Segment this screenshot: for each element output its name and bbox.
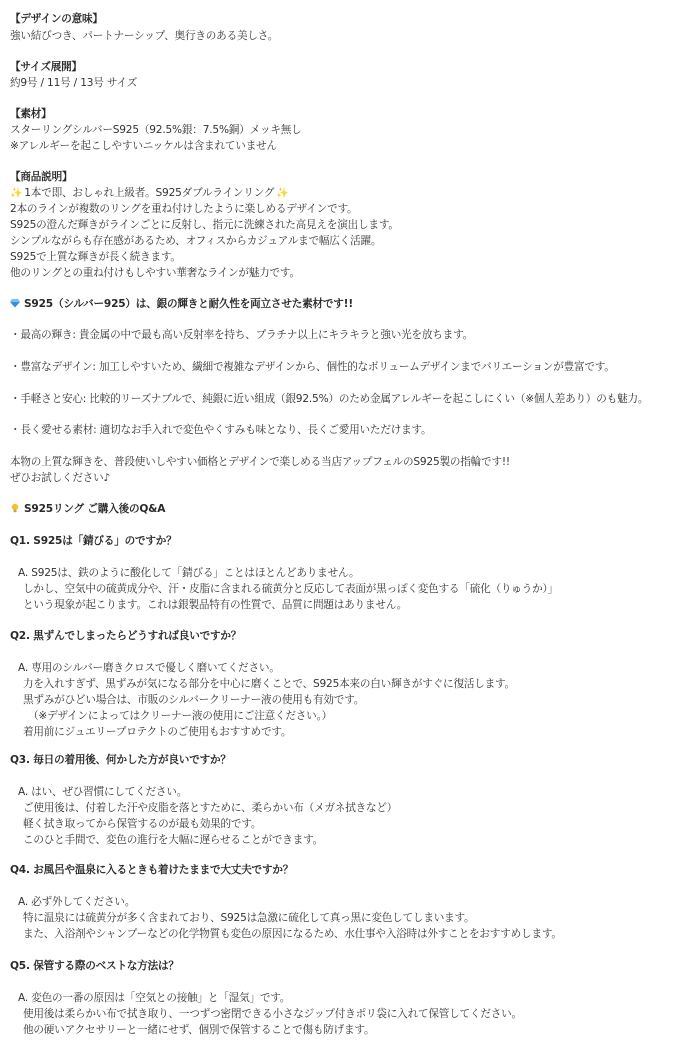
- qa-answer: 軽く拭き取ってから保管するのが最も効果的です。: [23, 816, 261, 832]
- design-meaning-heading: 【デザインの意味】: [10, 11, 103, 27]
- qa-answer: A. 必ず外してください。: [18, 894, 135, 910]
- qa-answer: という現象が起こります。これは銀製品特有の性質で、品質に問題はありません。: [23, 597, 407, 613]
- qa-answer: A. S925は、鉄のように酸化して「錆びる」ことはほとんどありません。: [18, 565, 359, 581]
- sparkle-icon: ✨: [10, 188, 22, 199]
- description-line: S925で上質な輝きが長く続きます。: [10, 249, 181, 265]
- sizes-text: 約9号 / 11号 / 13号 サイズ: [10, 75, 137, 91]
- material-line: ※アレルギーを起こしやすいニッケルは含まれていません: [10, 138, 277, 154]
- qa-heading-text: S925リング ご購入後のQ&A: [24, 503, 165, 515]
- qa-answer: 特に温泉には硫黄分が多く含まれており、S925は急激に硫化して真っ黒に変色してし…: [23, 910, 474, 926]
- qa-answer: 他の硬いアクセサリーと一緒にせず、個別で保管することで傷も防げます。: [23, 1022, 374, 1038]
- qa-answer: A. 専用のシルバー磨きクロスで優しく磨いてください。: [18, 660, 280, 676]
- qa-answer: ご使用後は、付着した汗や皮脂を落とすために、柔らかい布（メガネ拭きなど）: [23, 800, 397, 816]
- description-line: 2本のラインが複数のリングを重ね付けしたように楽しめるデザインです。: [10, 201, 357, 217]
- qa-question: Q4. お風呂や温泉に入るときも着けたままで大丈夫ですか？: [10, 862, 293, 878]
- gem-icon: [10, 298, 20, 308]
- design-meaning-text: 強い結びつき、パートナーシップ、奥行きのある美しさ。: [10, 28, 278, 44]
- material-heading: 【素材】: [10, 106, 52, 122]
- qa-answer: 着用前にジュエリープロテクトのご使用もおすすめです。: [23, 724, 291, 740]
- s925-point: ・長く愛せる素材: 適切なお手入れで変色やくすみも味となり、長くご愛用いただけま…: [10, 422, 431, 438]
- s925-closing: ぜひお試しください♪: [10, 470, 110, 486]
- qa-question: Q1. S925は「錆びる」のですか？: [10, 533, 177, 549]
- qa-answer: A. はい、ぜひ習慣にしてください。: [18, 784, 187, 800]
- s925-closing: 本物の上質な輝きを、普段使いしやすい価格とデザインで楽しめる当店アップフェルのS…: [10, 454, 510, 470]
- s925-heading: S925（シルバー925）は、銀の輝きと耐久性を両立させた素材です!!: [10, 296, 353, 312]
- sizes-heading: 【サイズ展開】: [10, 59, 82, 75]
- qa-question: Q2. 黒ずんでしまったらどうすれば良いですか？: [10, 628, 241, 644]
- qa-answer: （※デザインによってはクリーナー液の使用にご注意ください。）: [28, 708, 332, 724]
- lightbulb-icon: [10, 503, 20, 513]
- qa-answer: また、入浴剤やシャンプーなどの化学物質も変色の原因になるため、水仕事や入浴時は外…: [23, 926, 562, 942]
- description-line: S925の澄んだ輝きがラインごとに反射し、指元に洗練された高見えを演出します。: [10, 217, 399, 233]
- qa-answer: しかし、空気中の硫黄成分や、汗・皮脂に含まれる硫黄分と反応して表面が黒っぽく変色…: [23, 581, 558, 597]
- qa-answer: A. 変色の一番の原因は「空気との接触」と「湿気」です。: [18, 990, 290, 1006]
- sparkle-icon: ✨: [276, 188, 288, 199]
- description-heading: 【商品説明】: [10, 169, 72, 185]
- material-line: スターリングシルバーS925（92.5%銀：7.5%銅）メッキ無し: [10, 122, 302, 138]
- qa-answer: このひと手間で、変色の進行を大幅に遅らせることができます。: [23, 832, 323, 848]
- s925-point: ・最高の輝き: 貴金属の中で最も高い反射率を持ち、プラチナ以上にキラキラと強い光…: [10, 327, 473, 343]
- s925-point: ・豊富なデザイン: 加工しやすいため、繊細で複雑なデザインから、個性的なボリュー…: [10, 359, 615, 375]
- qa-answer: 黒ずみがひどい場合は、市販のシルバークリーナー液の使用も有効です。: [23, 692, 364, 708]
- qa-question: Q3. 毎日の着用後、何かした方が良いですか？: [10, 752, 231, 768]
- qa-question: Q5. 保管する際のベストな方法は？: [10, 958, 179, 974]
- description-catch: ✨1本で即、おしゃれ上級者。S925ダブルラインリング✨: [10, 185, 289, 202]
- qa-answer: 力を入れすぎず、黒ずみが気になる部分を中心に磨くことで、S925本来の白い輝きが…: [23, 676, 515, 692]
- description-catch-text: 1本で即、おしゃれ上級者。S925ダブルラインリング: [24, 187, 274, 199]
- product-description-page: 【デザインの意味】 強い結びつき、パートナーシップ、奥行きのある美しさ。 【サイ…: [0, 0, 676, 1054]
- qa-answer: 使用後は柔らかい布で拭き取り、一つずつ密閉できる小さなジップ付きポリ袋に入れて保…: [23, 1006, 522, 1022]
- s925-heading-text: S925（シルバー925）は、銀の輝きと耐久性を両立させた素材です!!: [24, 298, 353, 310]
- qa-heading: S925リング ご購入後のQ&A: [10, 501, 165, 517]
- s925-point: ・手軽さと安心: 比較的リーズナブルで、純銀に近い組成（銀92.5%）のため金属…: [10, 391, 648, 407]
- description-line: 他のリングとの重ね付けもしやすい華奢なラインが魅力です。: [10, 265, 300, 281]
- description-line: シンプルながらも存在感があるため、オフィスからカジュアルまで幅広く活躍。: [10, 233, 381, 249]
